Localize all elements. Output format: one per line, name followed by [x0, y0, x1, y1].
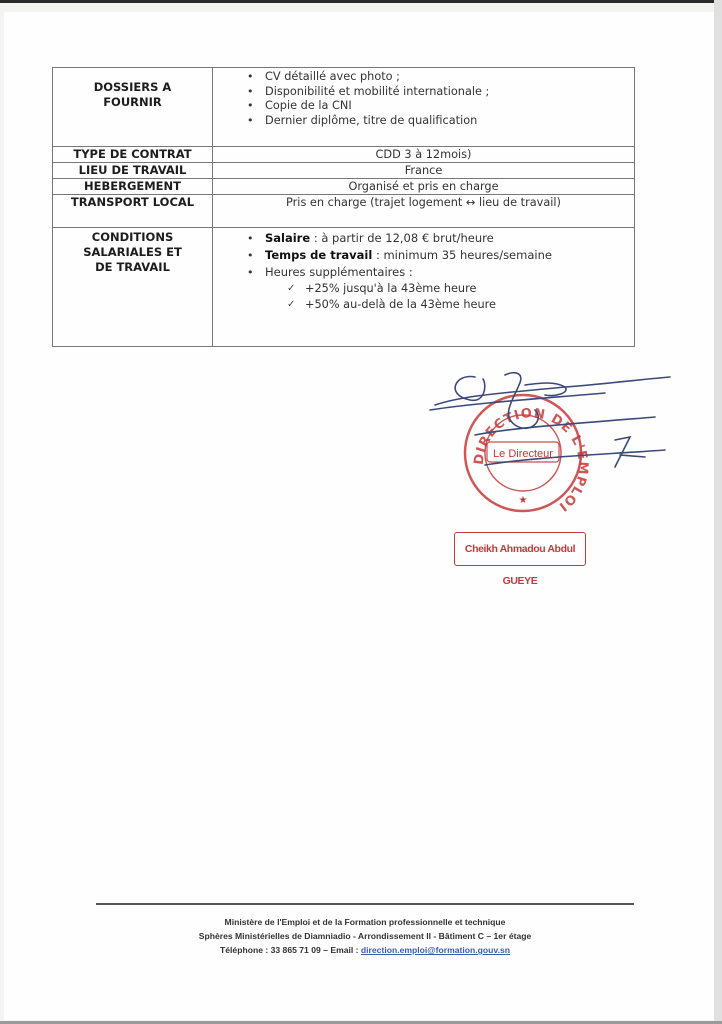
list-item: +25% jusqu'à la 43ème heure: [305, 281, 634, 297]
row-value: Pris en charge (trajet logement ↔ lieu d…: [213, 195, 635, 228]
table-row-conditions: CONDITIONS SALARIALES ET DE TRAVAIL Sala…: [53, 228, 635, 347]
row-value: France: [213, 163, 635, 179]
list-item: Salaire : à partir de 12,08 € brut/heure: [265, 230, 634, 247]
salary-text: : à partir de 12,08 € brut/heure: [310, 231, 494, 245]
overtime-text: Heures supplémentaires :: [265, 265, 413, 279]
table-row-hebergement: HEBERGEMENT Organisé et pris en charge: [53, 179, 635, 195]
row-label: DOSSIERS A FOURNIR: [53, 68, 213, 147]
row-label: HEBERGEMENT: [53, 179, 213, 195]
footer-ministry: Ministère de l'Emploi et de la Formation…: [96, 915, 634, 929]
email-link[interactable]: direction.emploi@formation.gouv.sn: [361, 945, 510, 955]
page-right-edge: [714, 0, 722, 1024]
top-edge: [0, 0, 722, 3]
row-label: LIEU DE TRAVAIL: [53, 163, 213, 179]
name-stamp: Cheikh Ahmadou Abdul GUEYE: [454, 532, 586, 566]
row-value: CV détaillé avec photo ; Disponibilité e…: [213, 68, 635, 147]
conditions-label: CONDITIONS SALARIALES ET DE TRAVAIL: [73, 230, 193, 275]
list-item: Temps de travail : minimum 35 heures/sem…: [265, 247, 634, 264]
list-item: +50% au-delà de la 43ème heure: [305, 297, 634, 313]
table-row-type-contrat: TYPE DE CONTRAT CDD 3 à 12mois): [53, 147, 635, 163]
documents-list: CV détaillé avec photo ; Disponibilité e…: [213, 70, 634, 128]
table-row-lieu: LIEU DE TRAVAIL France: [53, 163, 635, 179]
svg-text:★: ★: [519, 495, 528, 506]
footer-address: Sphères Ministérielles de Diamniadio - A…: [96, 929, 634, 943]
row-value: Organisé et pris en charge: [213, 179, 635, 195]
table-row-dossiers: DOSSIERS A FOURNIR CV détaillé avec phot…: [53, 68, 635, 147]
hours-text: : minimum 35 heures/semaine: [372, 248, 552, 262]
list-item: Heures supplémentaires :: [265, 264, 634, 281]
conditions-list: Salaire : à partir de 12,08 € brut/heure…: [213, 230, 634, 281]
list-item: CV détaillé avec photo ;: [265, 70, 634, 85]
row-label: TRANSPORT LOCAL: [53, 195, 213, 228]
list-item: Dernier diplôme, titre de qualification: [265, 114, 634, 129]
list-item: Disponibilité et mobilité internationale…: [265, 85, 634, 100]
salary-keyword: Salaire: [265, 231, 310, 245]
job-details-table: DOSSIERS A FOURNIR CV détaillé avec phot…: [52, 67, 635, 347]
dossiers-label: DOSSIERS A FOURNIR: [88, 80, 178, 110]
footer-contact: Téléphone : 33 865 71 09 – Email : direc…: [96, 943, 634, 957]
row-label: CONDITIONS SALARIALES ET DE TRAVAIL: [53, 228, 213, 347]
row-value: Salaire : à partir de 12,08 € brut/heure…: [213, 228, 635, 347]
list-item: Copie de la CNI: [265, 99, 634, 114]
footer-divider: [96, 903, 634, 905]
row-label: TYPE DE CONTRAT: [53, 147, 213, 163]
footer: Ministère de l'Emploi et de la Formation…: [96, 915, 634, 957]
footer-phone: Téléphone : 33 865 71 09 – Email :: [220, 945, 361, 955]
row-value: CDD 3 à 12mois): [213, 147, 635, 163]
overtime-list: +25% jusqu'à la 43ème heure +50% au-delà…: [213, 281, 634, 313]
hours-keyword: Temps de travail: [265, 248, 372, 262]
table-row-transport: TRANSPORT LOCAL Pris en charge (trajet l…: [53, 195, 635, 228]
